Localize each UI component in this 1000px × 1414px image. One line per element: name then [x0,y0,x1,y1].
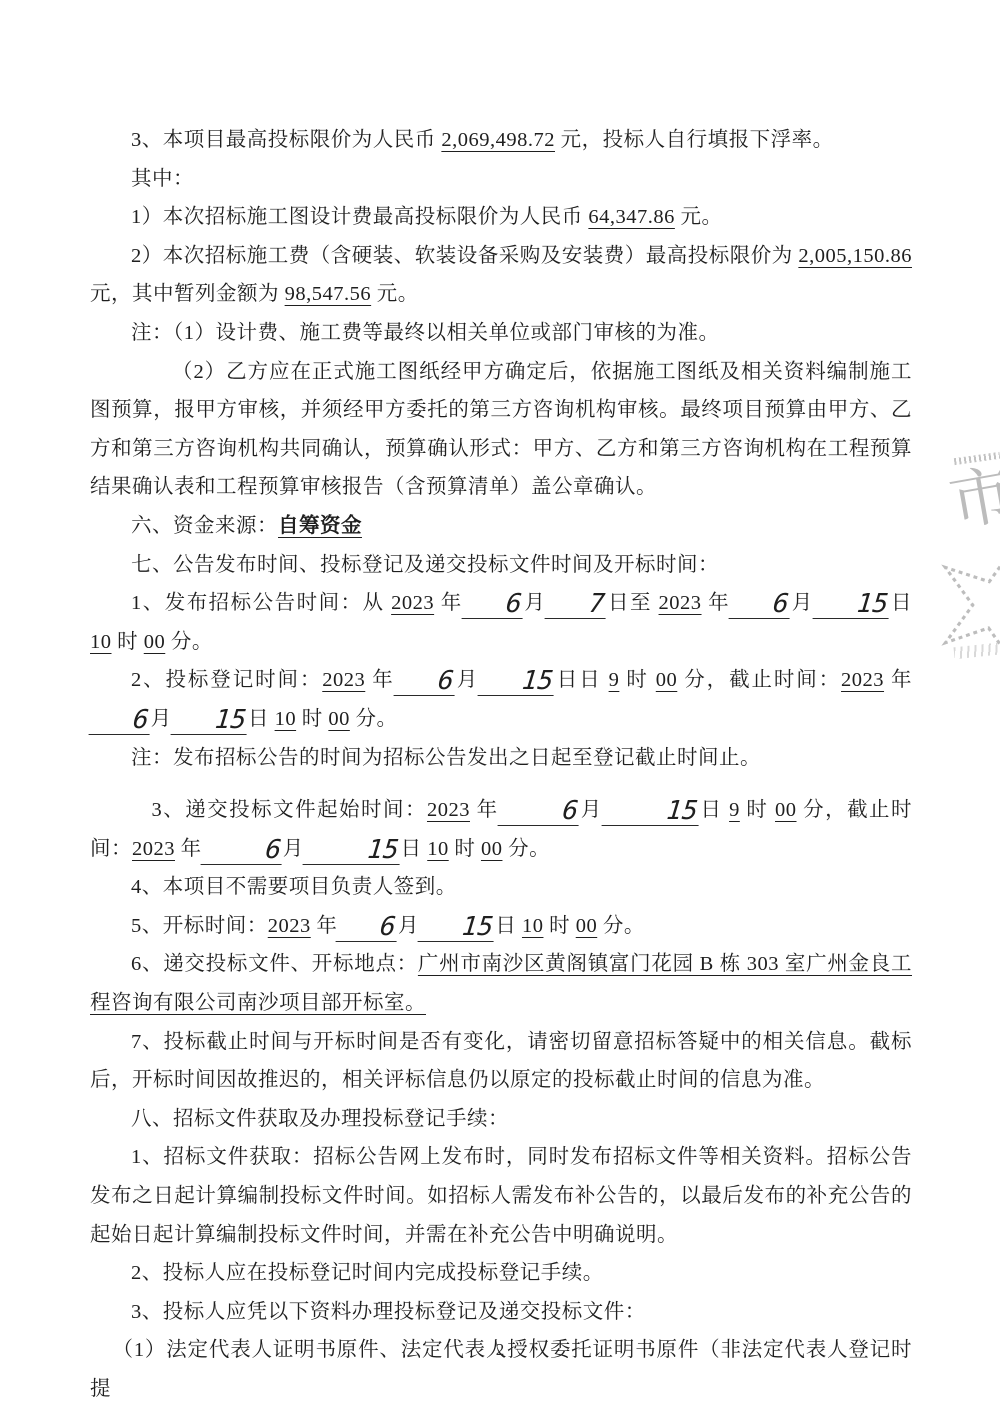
handwritten-date-value: 7 [545,591,609,619]
handwritten-date-value: 6 [336,914,400,942]
text-run: 年 [365,669,394,691]
underlined-value: 2023 [268,915,311,937]
handwritten-date-value: 6 [393,668,457,696]
text-run: 分。 [165,631,213,653]
text-run: 年 [470,799,499,821]
paragraph: 其中： [90,160,912,199]
handwritten-date-value: 15 [418,914,497,942]
paragraph: 1、发布招标公告时间：从 2023 年6月7日至 2023 年6月15日 10 … [90,584,912,661]
text-run: 2）本次招标施工费（含硬装、软装设备采购及安装费）最高投标限价为 [131,245,798,267]
text-run: 日 [248,708,275,730]
paragraph: 1）本次招标施工图设计费最高投标限价为人民币 64,347.86 元。 [90,198,912,237]
text-run: 3、投标人应凭以下资料办理投标登记及递交投标文件： [131,1301,646,1323]
handwritten-date-value: 15 [302,837,402,865]
text-run: 5、开标时间： [131,915,268,937]
text-run: 年 [175,838,202,860]
text-run: 日 [890,592,912,614]
underlined-value: 10 [275,708,297,730]
text-run: 日 [495,915,522,937]
text-run: 时 [112,631,144,653]
text-run: 分，截止时间： [677,669,841,691]
text-run: 年 [311,915,338,937]
text-run: 时 [740,799,775,821]
text-run: 七、公告发布时间、投标登记及递交投标文件时间及开标时间： [131,554,719,576]
text-run: 六、资金来源： [131,515,278,537]
underlined-value: 2,005,150.86 [798,245,912,267]
underlined-value: 10 [522,915,544,937]
text-run: 2、投标人应在投标登记时间内完成投标登记手续。 [131,1262,604,1284]
document-page: 3、本项目最高投标限价为人民币 2,069,498.72 元，投标人自行填报下浮… [0,0,1000,1414]
page-number: 2 [0,1340,1000,1360]
text-run: 时 [449,838,481,860]
paragraph: 2、投标登记时间：2023 年6月15日日 9 时 00 分，截止时间：2023… [90,661,912,738]
text-run: 月 [791,592,814,614]
text-run: 元，投标人自行填报下浮率。 [555,129,834,151]
paragraph: 六、资金来源：自筹资金 [90,507,912,546]
text-run: 4、本项目不需要项目负责人签到。 [131,876,457,898]
text-run: （2）乙方应在正式施工图纸经甲方确定后，依据施工图纸及相关资料编制施工图预算，报… [90,361,912,499]
handwritten-date-value: 15 [170,707,249,735]
text-run: 时 [543,915,575,937]
text-run: 3、本项目最高投标限价为人民币 [131,129,441,151]
paragraph: 1、招标文件获取：招标公告网上发布时，同时发布招标文件等相关资料。招标公告发布之… [90,1138,912,1254]
text-run: 1、发布招标公告时间：从 [131,592,391,614]
text-run: 月 [455,669,479,691]
underlined-value: 2023 [427,799,470,821]
handwritten-date-value: 15 [812,591,891,619]
text-run: 年 [434,592,463,614]
paragraph: 注：（1）设计费、施工费等最终以相关单位或部门审核的为准。 [90,314,912,353]
text-run: 1）本次招标施工图设计费最高投标限价为人民币 [131,206,588,228]
underlined-value: 00 [656,669,678,691]
text-run: 日至 [607,592,659,614]
underlined-value: 00 [328,708,350,730]
text-run: 日 [401,838,428,860]
text-run: 年 [702,592,731,614]
paragraph: 5、开标时间：2023 年6月15日 10 时 00 分。 [90,907,912,946]
paragraph: 2）本次招标施工费（含硬装、软装设备采购及安装费）最高投标限价为 2,005,1… [90,237,912,314]
text-run: 八、招标文件获取及办理投标登记手续： [131,1108,509,1130]
underlined-value: 9 [729,799,740,821]
handwritten-date-value: 6 [497,798,581,826]
paragraph: 6、递交投标文件、开标地点：广州市南沙区黄阁镇富门花园 B 栋 303 室广州金… [90,945,912,1022]
handwritten-date-value: 15 [478,668,557,696]
underlined-value: 10 [90,631,112,653]
text-run: 时 [619,669,655,691]
paragraph: 7、投标截止时间与开标时间是否有变化，请密切留意招标答疑中的相关信息。截标后，开… [90,1023,912,1100]
text-run: 月 [151,708,172,730]
underlined-bold-value: 自筹资金 [278,515,362,537]
underlined-value: 00 [775,799,797,821]
text-run: 1、招标文件获取：招标公告网上发布时，同时发布招标文件等相关资料。招标公告发布之… [90,1146,912,1245]
paragraph: 七、公告发布时间、投标登记及递交投标文件时间及开标时间： [90,546,912,585]
paragraph: （2）乙方应在正式施工图纸经甲方确定后，依据施工图纸及相关资料编制施工图预算，报… [90,353,912,507]
handwritten-date-value: 15 [601,798,701,826]
paragraph: 4、本项目不需要项目负责人签到。 [90,868,912,907]
text-run: 其中： [131,168,194,190]
document-body: 3、本项目最高投标限价为人民币 2,069,498.72 元，投标人自行填报下浮… [90,121,912,1409]
text-run: 日 [700,799,730,821]
text-run: 3、递交投标文件起始时间： [152,799,427,821]
paragraph: 八、招标文件获取及办理投标登记手续： [90,1100,912,1139]
text-run: 6、递交投标文件、开标地点： [131,953,418,975]
text-run: 7、投标截止时间与开标时间是否有变化，请密切留意招标答疑中的相关信息。截标后，开… [90,1031,912,1092]
handwritten-date-value: 6 [461,591,525,619]
underlined-value: 2023 [391,592,434,614]
text-run: 分。 [597,915,645,937]
text-run: 元。 [675,206,723,228]
text-run: 月 [580,799,603,821]
underlined-value: 2023 [659,592,702,614]
text-run: 年 [884,669,912,691]
text-run: 分。 [350,708,398,730]
underlined-value: 10 [427,838,449,860]
paragraph: 注：发布招标公告的时间为招标公告发出之日起至登记截止时间止。 [90,739,912,778]
underlined-value: 2023 [132,838,175,860]
underlined-value: 2023 [841,669,884,691]
text-run: 日日 [555,669,608,691]
handwritten-date-value: 6 [89,707,153,735]
text-run: 月 [283,838,304,860]
underlined-value: 98,547.56 [285,283,372,305]
text-run: 注：发布招标公告的时间为招标公告发出之日起至登记截止时间止。 [131,747,761,769]
underlined-value: 64,347.86 [588,206,675,228]
text-run: 元，其中暂列金额为 [90,283,285,305]
handwritten-date-value: 6 [729,591,793,619]
paragraph: 2、投标人应在投标登记时间内完成投标登记手续。 [90,1254,912,1293]
underlined-value: 00 [481,838,503,860]
text-run: 月 [523,592,546,614]
underlined-value: 00 [144,631,166,653]
text-run: 时 [296,708,328,730]
text-run: 月 [398,915,419,937]
text-run: 分。 [502,838,550,860]
paragraph: 3、递交投标文件起始时间：2023 年6月15日 9 时 00 分，截止时间：2… [90,791,912,868]
paragraph: 3、投标人应凭以下资料办理投标登记及递交投标文件： [90,1293,912,1332]
underlined-value: 2,069,498.72 [441,129,555,151]
underlined-value: 2023 [322,669,365,691]
text-run: 2、投标登记时间： [131,669,322,691]
text-run: 注：（1）设计费、施工费等最终以相关单位或部门审核的为准。 [131,322,720,344]
text-run: 元。 [371,283,419,305]
underlined-value: 9 [609,669,620,691]
handwritten-date-value: 6 [200,837,284,865]
underlined-value: 00 [576,915,598,937]
paragraph: 3、本项目最高投标限价为人民币 2,069,498.72 元，投标人自行填报下浮… [90,121,912,160]
